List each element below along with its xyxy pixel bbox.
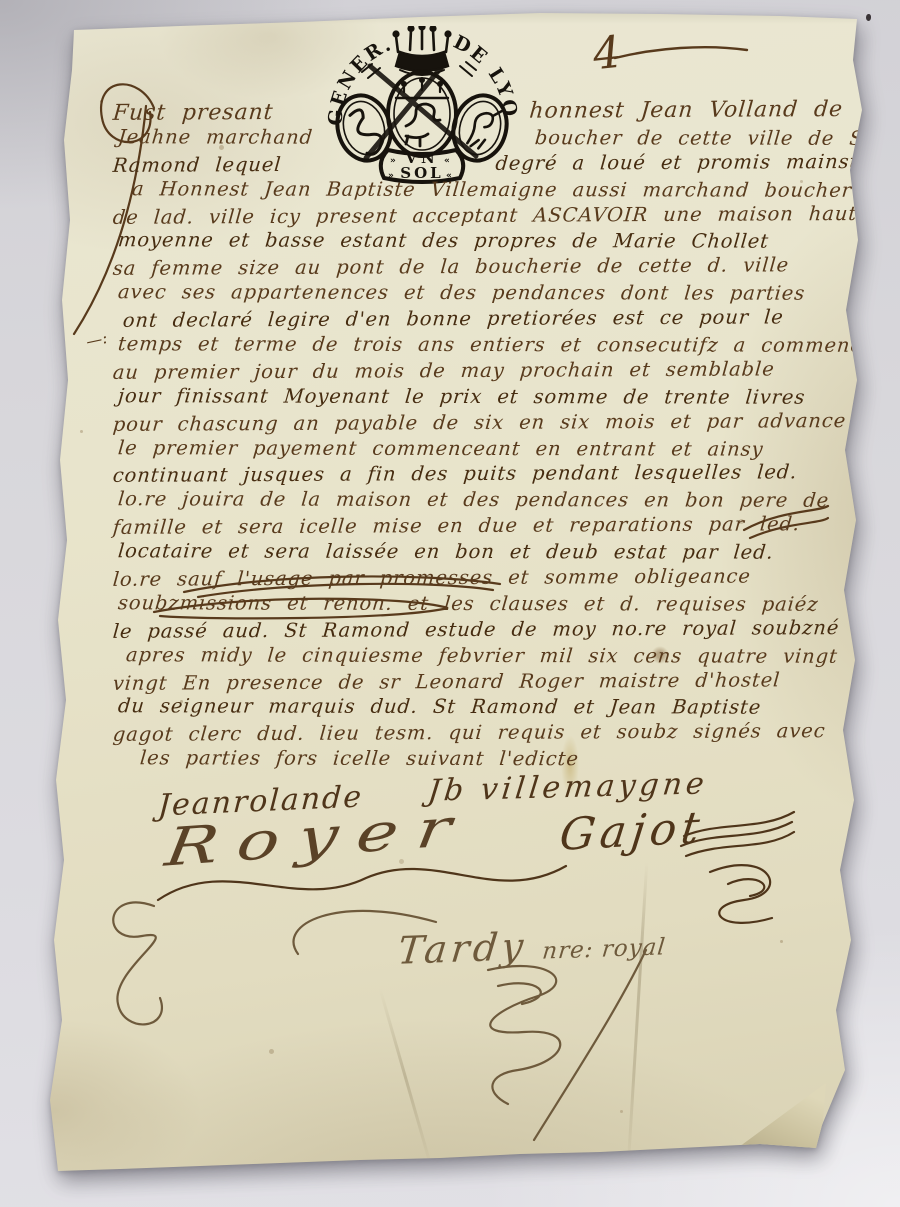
signature-gajot: Gajot [557,802,707,861]
margin-mark: —: [84,328,109,351]
manuscript-line: Jeahne marchandboucher de cette ville de… [117,124,831,151]
manuscript-line: le passé aud. St Ramond estude de moy no… [112,615,826,645]
manuscript-line: du seigneur marquis dud. St Ramond et Je… [117,694,831,721]
manuscript-line: gagot clerc dud. lieu tesm. qui requis e… [112,719,826,749]
signature-tardy-title: nre: royal [541,934,667,964]
manuscript-line: les parties fors icelle suivant l'edicte [139,746,831,773]
manuscript-line: avec ses appartenences et des pendances … [117,279,831,306]
stamp-gap-spacer [272,99,530,126]
manuscript-line: temps et terme de trois ans entiers et c… [117,331,831,358]
manuscript-line: jour finissant Moyenant le prix et somme… [117,383,831,410]
stamp-crown-icon [394,26,451,75]
signature-tardy-name: Tardy [396,924,530,973]
manuscript-line: vingt En presence de sr Leonard Roger ma… [112,667,826,697]
manuscript-line: moyenne et basse estant des propres de M… [117,228,831,255]
manuscript-line: soubzmissions et renon. et les clauses e… [117,590,831,617]
stamp-gap-spacer [312,125,536,151]
manuscript-line: locataire et sera laissée en bon et deub… [117,538,831,565]
manuscript-line: continuant jusques a fin des puits penda… [112,460,826,490]
manuscript-line: lo.re sauf l'usage par promesses et somm… [112,563,826,593]
manuscript-line: Ramond lequeldegré a loué et promis main… [112,149,826,179]
manuscript-line: sa femme size au pont de la boucherie de… [112,252,826,282]
stamp-gap-spacer [280,151,496,178]
photo-background: GENER. DE LYON VN SOL » « » « 4 [0,0,900,1207]
gajot-knot-paraph [688,850,800,938]
page-number-annotation: 4 [585,26,755,86]
manuscript-lines: Fust presanthonnest Jean Volland deJeahn… [113,99,825,772]
manuscript-line: de lad. ville icy present acceptant ASCA… [112,201,826,231]
paper-crease [379,988,433,1167]
manuscript-line: Fust presanthonnest Jean Volland de [112,97,826,127]
manuscript-line: apres midy le cinquiesme febvrier mil si… [125,642,831,669]
page-number: 4 [590,27,623,81]
diagonal-stroke-paraph [528,942,653,1147]
manuscript-line: pour chascung an payable de six en six m… [112,408,826,438]
manuscript-line: au premier jour du mois de may prochain … [112,356,826,386]
manuscript-line: famille et sera icelle mise en due et re… [112,511,826,541]
corner-fold [738,1080,826,1152]
left-s-doodle-paraph [86,892,206,1047]
manuscript-line: le premier payement commenceant en entra… [117,435,831,462]
document-paper: GENER. DE LYON VN SOL » « » « 4 [0,0,900,1207]
paper-shadow: GENER. DE LYON VN SOL » « » « 4 [0,0,900,1207]
manuscript-line: ont declaré legire d'en bonne pretiorées… [122,304,826,334]
manuscript-line: a Honnest Jean Baptiste Villemaigne auss… [131,176,831,203]
manuscript-line: lo.re jouira de la maison et des pendanc… [117,487,831,514]
manuscript-text: Fust presanthonnest Jean Volland deJeahn… [113,99,825,772]
